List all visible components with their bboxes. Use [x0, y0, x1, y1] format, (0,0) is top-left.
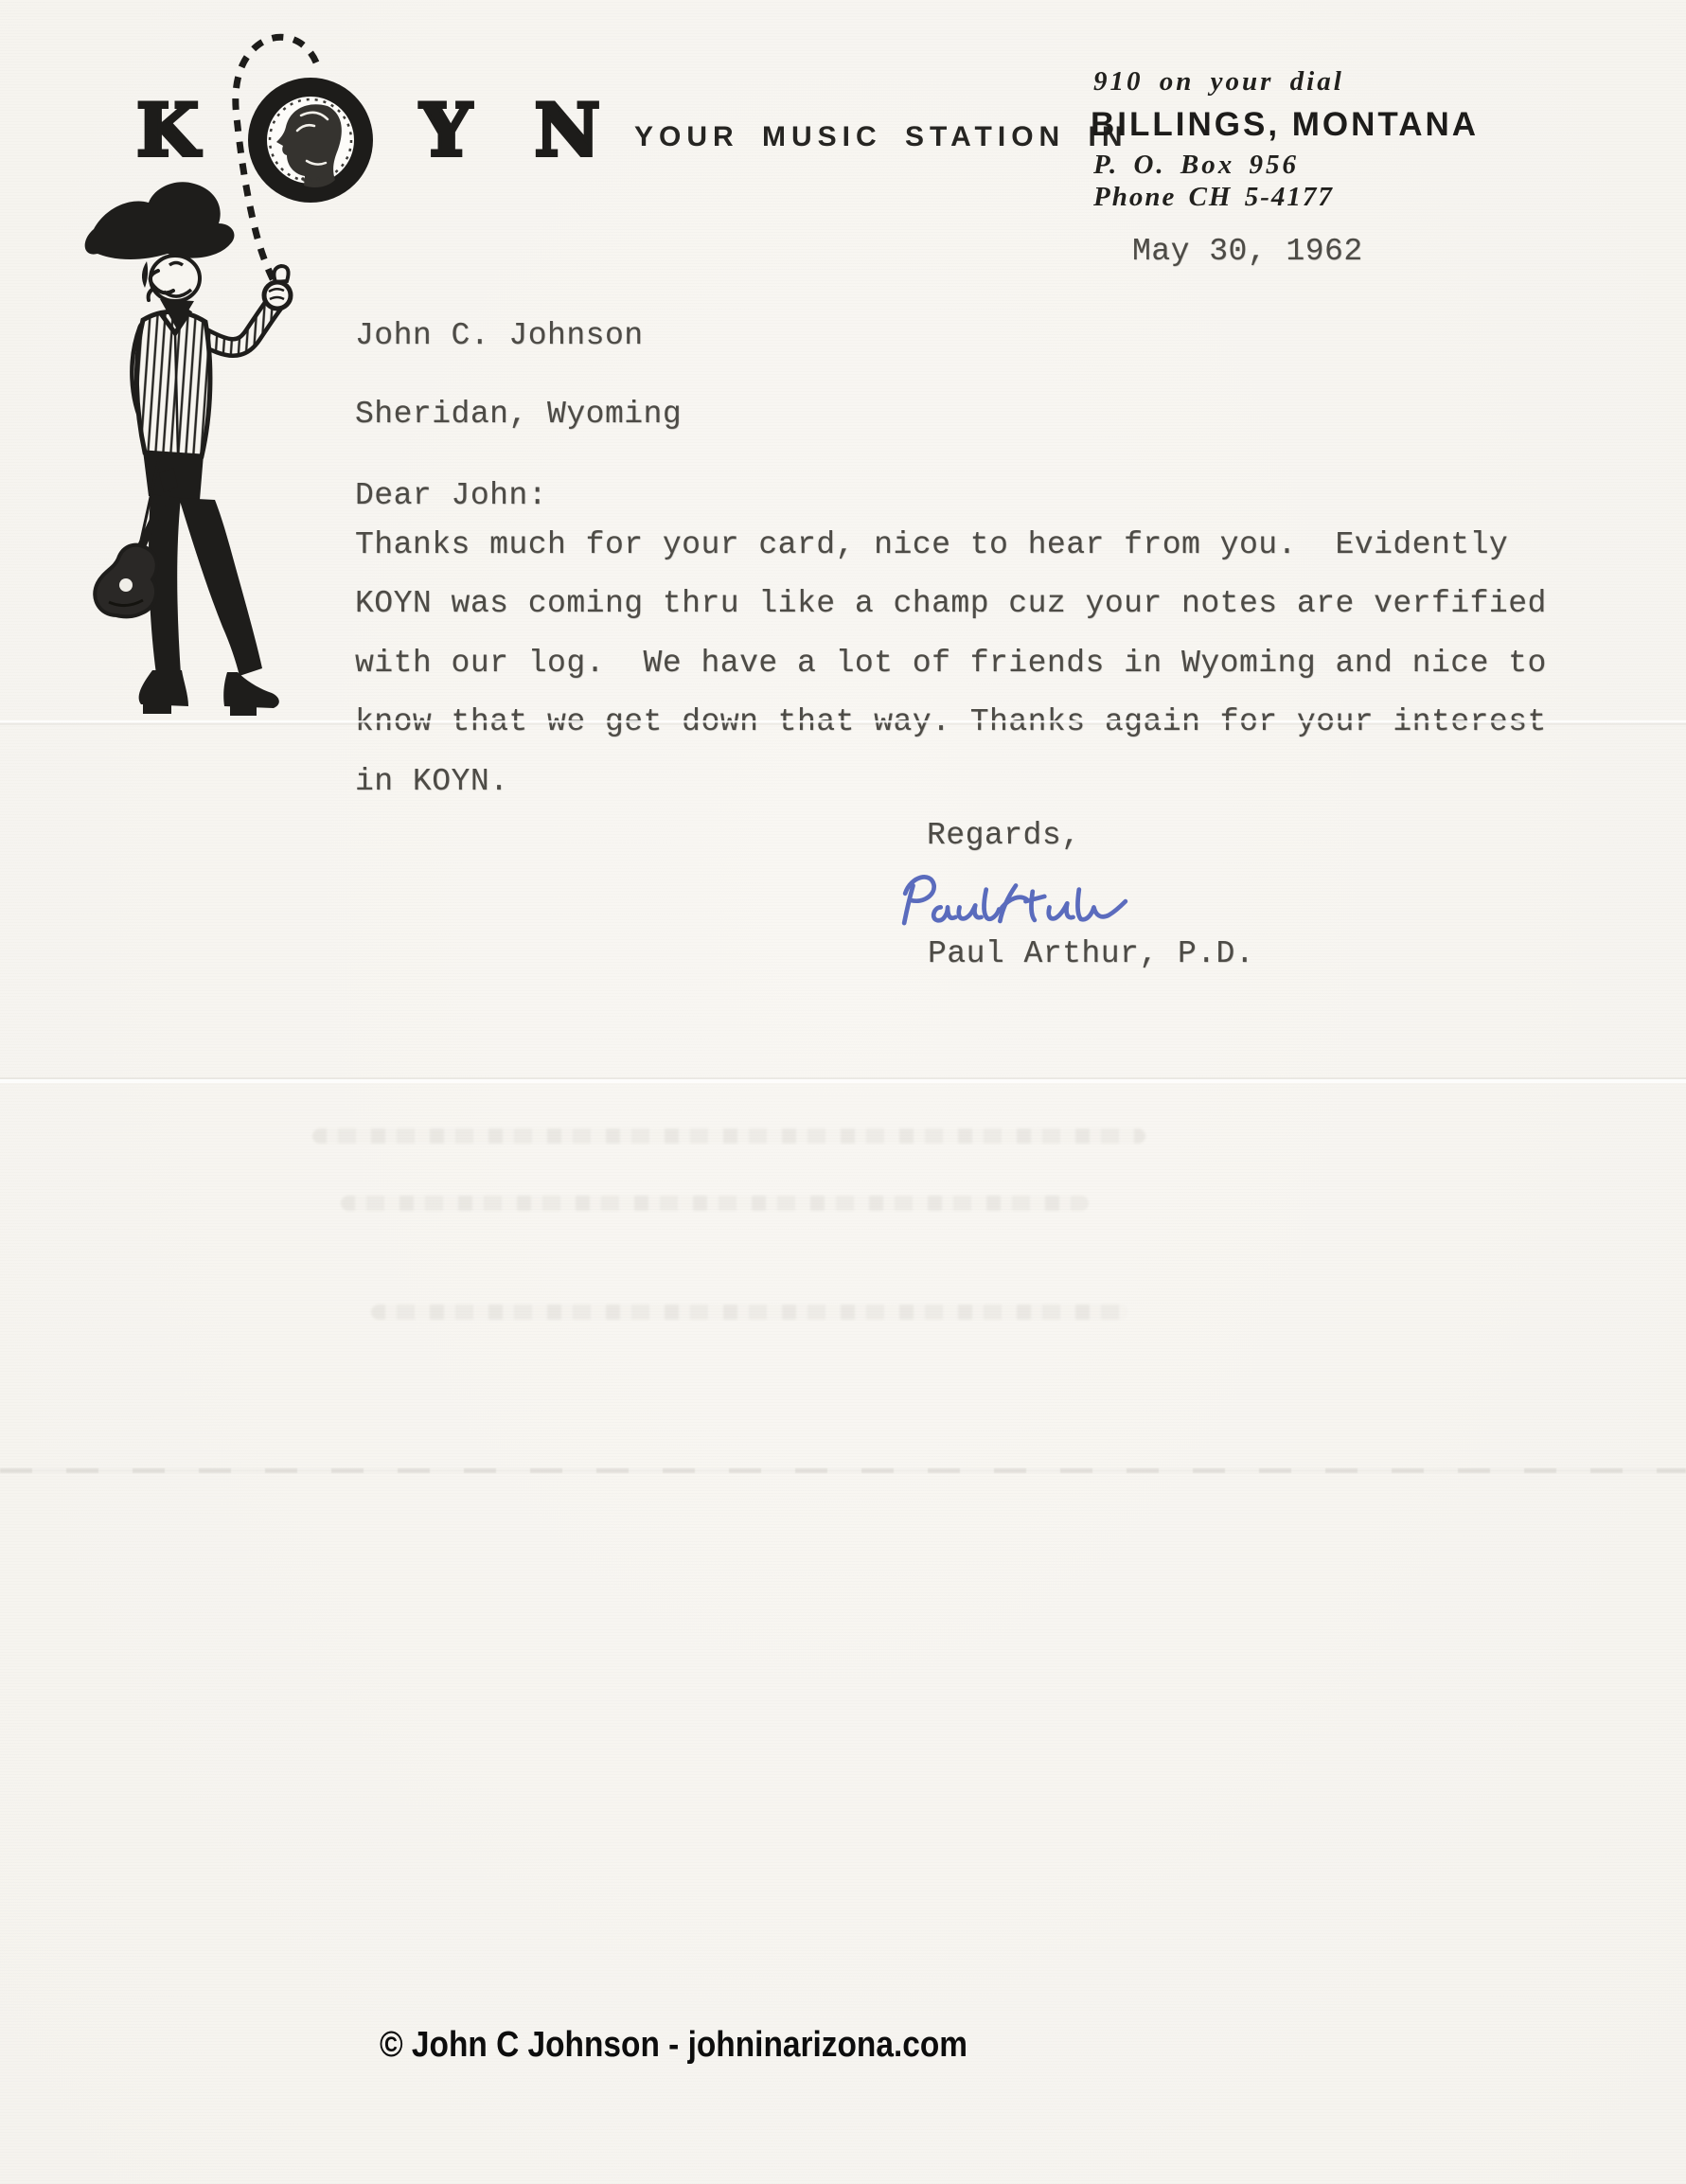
- po-box-line: P. O. Box 956: [1093, 150, 1299, 181]
- logo-letter-k: K: [136, 88, 202, 170]
- thumb-up-hand: [274, 266, 288, 282]
- ink-bleedthrough-line: [312, 1128, 1145, 1144]
- paper-fold-line: [0, 1077, 1686, 1083]
- boot-right: [223, 672, 279, 708]
- salutation: Dear John:: [355, 478, 547, 513]
- recipient-city: Sheridan, Wyoming: [355, 397, 682, 432]
- phone-line: Phone CH 5-4177: [1093, 182, 1334, 213]
- body-line: KOYN was coming thru like a champ cuz yo…: [355, 586, 1547, 621]
- typed-signature-line: Paul Arthur, P.D.: [928, 936, 1254, 971]
- copyright-credit: © John C Johnson - johninarizona.com: [380, 2025, 967, 2066]
- cowboy-hat: [85, 182, 235, 259]
- paper-fold-line: [0, 1468, 1686, 1473]
- logo-letters-yn: YN: [419, 88, 600, 170]
- ink-bleedthrough-line: [371, 1305, 1128, 1320]
- station-tagline: YOUR MUSIC STATION IN: [634, 121, 1128, 153]
- letter-date: May 30, 1962: [1132, 234, 1363, 269]
- station-city-line: BILLINGS, MONTANA: [1091, 106, 1479, 144]
- recipient-name: John C. Johnson: [355, 318, 644, 353]
- body-line: with our log. We have a lot of friends i…: [355, 646, 1547, 681]
- body-line: know that we get down that way. Thanks a…: [355, 704, 1547, 739]
- body-line: Thanks much for your card, nice to hear …: [355, 527, 1508, 562]
- crossed-leg: [179, 498, 262, 676]
- letter-sheet: K YN: [0, 0, 1686, 2184]
- dial-frequency-line: 910 on your dial: [1093, 66, 1344, 98]
- cowboy-with-guitar-illustration: [80, 170, 331, 738]
- boot-left: [139, 670, 188, 706]
- body-line: in KOYN.: [355, 764, 508, 799]
- closing-line: Regards,: [927, 818, 1080, 853]
- ink-bleedthrough-line: [341, 1196, 1089, 1211]
- signature-handwriting: [901, 861, 1128, 935]
